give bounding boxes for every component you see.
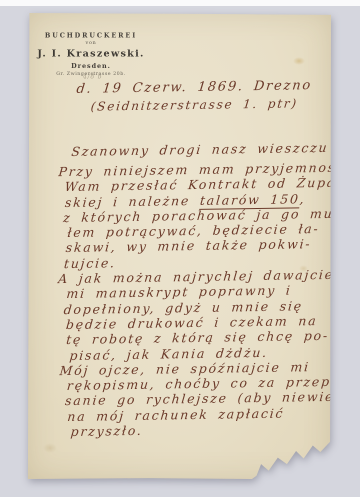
background-top-strip (0, 0, 360, 6)
date-line: d. 19 Czerw. 1869. Drezno (76, 78, 313, 97)
photographed-letter: BUCHDRUCKEREI von J. I. Kraszewski. Dres… (0, 0, 360, 497)
letter-line: przyszło. (70, 419, 360, 439)
address-line: (Seidnitzerstrasse 1. ptr) (90, 96, 299, 113)
handwritten-content: d. 19 Czerw. 1869. Drezno (Seidnitzerstr… (25, 9, 336, 480)
salutation: Szanowny drogi nasz wieszczu — (71, 140, 354, 159)
paper-shadow: BUCHDRUCKEREI von J. I. Kraszewski. Dres… (27, 13, 331, 479)
letter-body: Przy niniejszem mam przyjemnośćWam przes… (54, 159, 360, 439)
letter-paper: BUCHDRUCKEREI von J. I. Kraszewski. Dres… (27, 13, 331, 479)
